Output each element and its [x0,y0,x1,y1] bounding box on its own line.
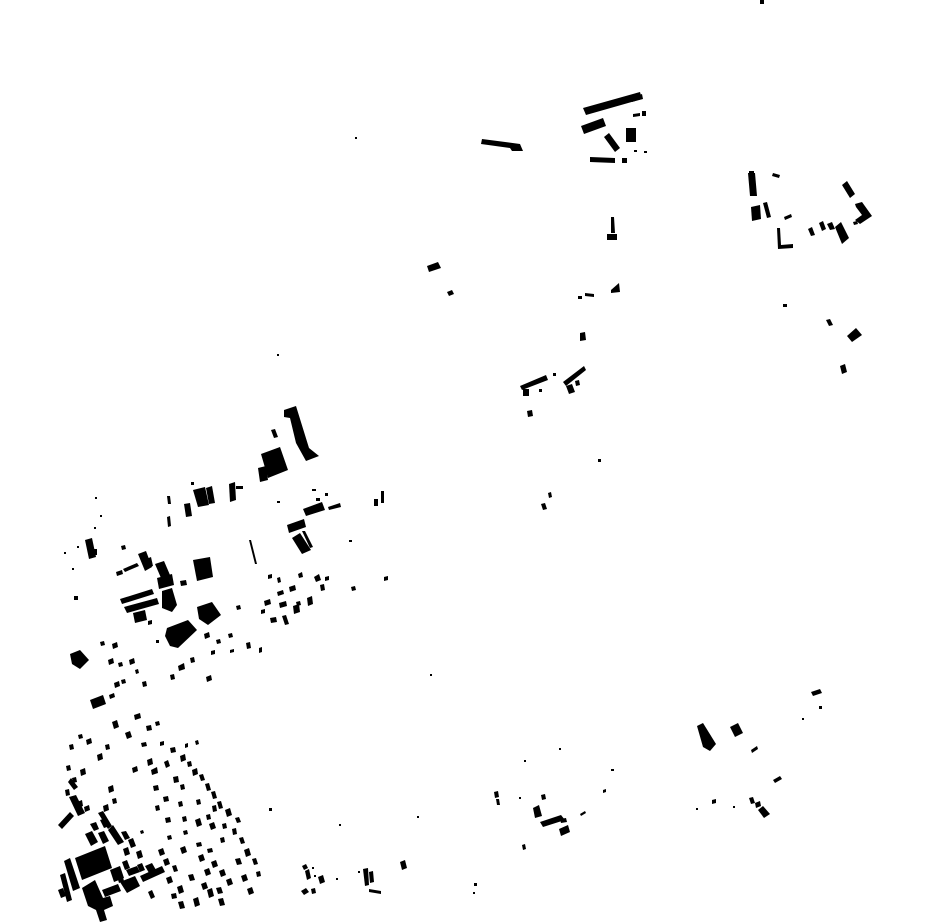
building-footprint [580,332,586,341]
building-footprint [598,459,601,462]
building-footprint [153,785,159,791]
building-footprint [642,111,646,116]
building-footprint [626,128,636,142]
building-footprint [180,580,187,586]
building-footprint [229,482,236,502]
building-footprint [165,817,171,823]
building-footprint [819,706,822,709]
building-footprint [349,540,352,542]
building-footprint [277,501,280,503]
building-footprint [312,867,314,869]
building-footprint [523,389,529,396]
building-footprint [314,875,316,877]
building-footprint [72,568,74,570]
building-footprint [430,674,432,676]
building-footprint [77,546,79,548]
building-footprint [696,808,698,810]
building-footprint [381,491,384,503]
building-footprint [100,515,102,517]
building-footprint [644,151,647,153]
building-footprint [74,596,78,600]
building-footprint [325,493,328,496]
building-footprint [802,718,804,720]
building-footprint [355,137,357,139]
building-footprint [270,617,277,623]
map-background [0,0,930,924]
building-footprint [358,871,360,873]
building-footprint [316,498,320,501]
building-footprint [156,640,159,643]
building-footprint [374,499,378,506]
building-footprint [473,892,475,894]
building-footprint [336,878,338,880]
building-footprint [259,647,262,653]
building-footprint [783,304,787,307]
building-footprint [590,157,615,163]
building-footprint [170,747,176,753]
building-footprint [269,808,272,811]
building-footprint [519,797,521,799]
building-footprint [527,410,533,417]
building-footprint [95,497,97,499]
building-footprint [277,354,279,356]
building-footprint [760,0,764,4]
building-footprint [611,769,614,771]
building-footprint [559,748,561,750]
building-footprint [474,883,477,886]
building-footprint [146,725,152,731]
building-footprints-layer [0,0,930,924]
building-footprint [171,893,177,899]
building-footprint [634,150,637,152]
building-footprint [539,389,542,392]
building-footprint [733,806,735,808]
building-footprint [312,489,316,491]
building-footprint [64,552,66,554]
building-footprint [236,486,243,489]
building-footprint [339,824,341,826]
building-footprint [578,296,582,299]
building-footprint [751,205,761,221]
building-footprint [524,760,526,762]
figure-ground-map [0,0,930,924]
building-footprint [92,549,97,555]
building-footprint [607,234,617,240]
building-footprint [191,482,194,485]
building-footprint [163,796,169,802]
building-footprint [417,816,419,818]
building-footprint [94,527,96,529]
building-footprint [749,171,754,173]
building-footprint [553,373,556,376]
building-footprint [622,158,627,163]
building-footprint [173,776,179,783]
